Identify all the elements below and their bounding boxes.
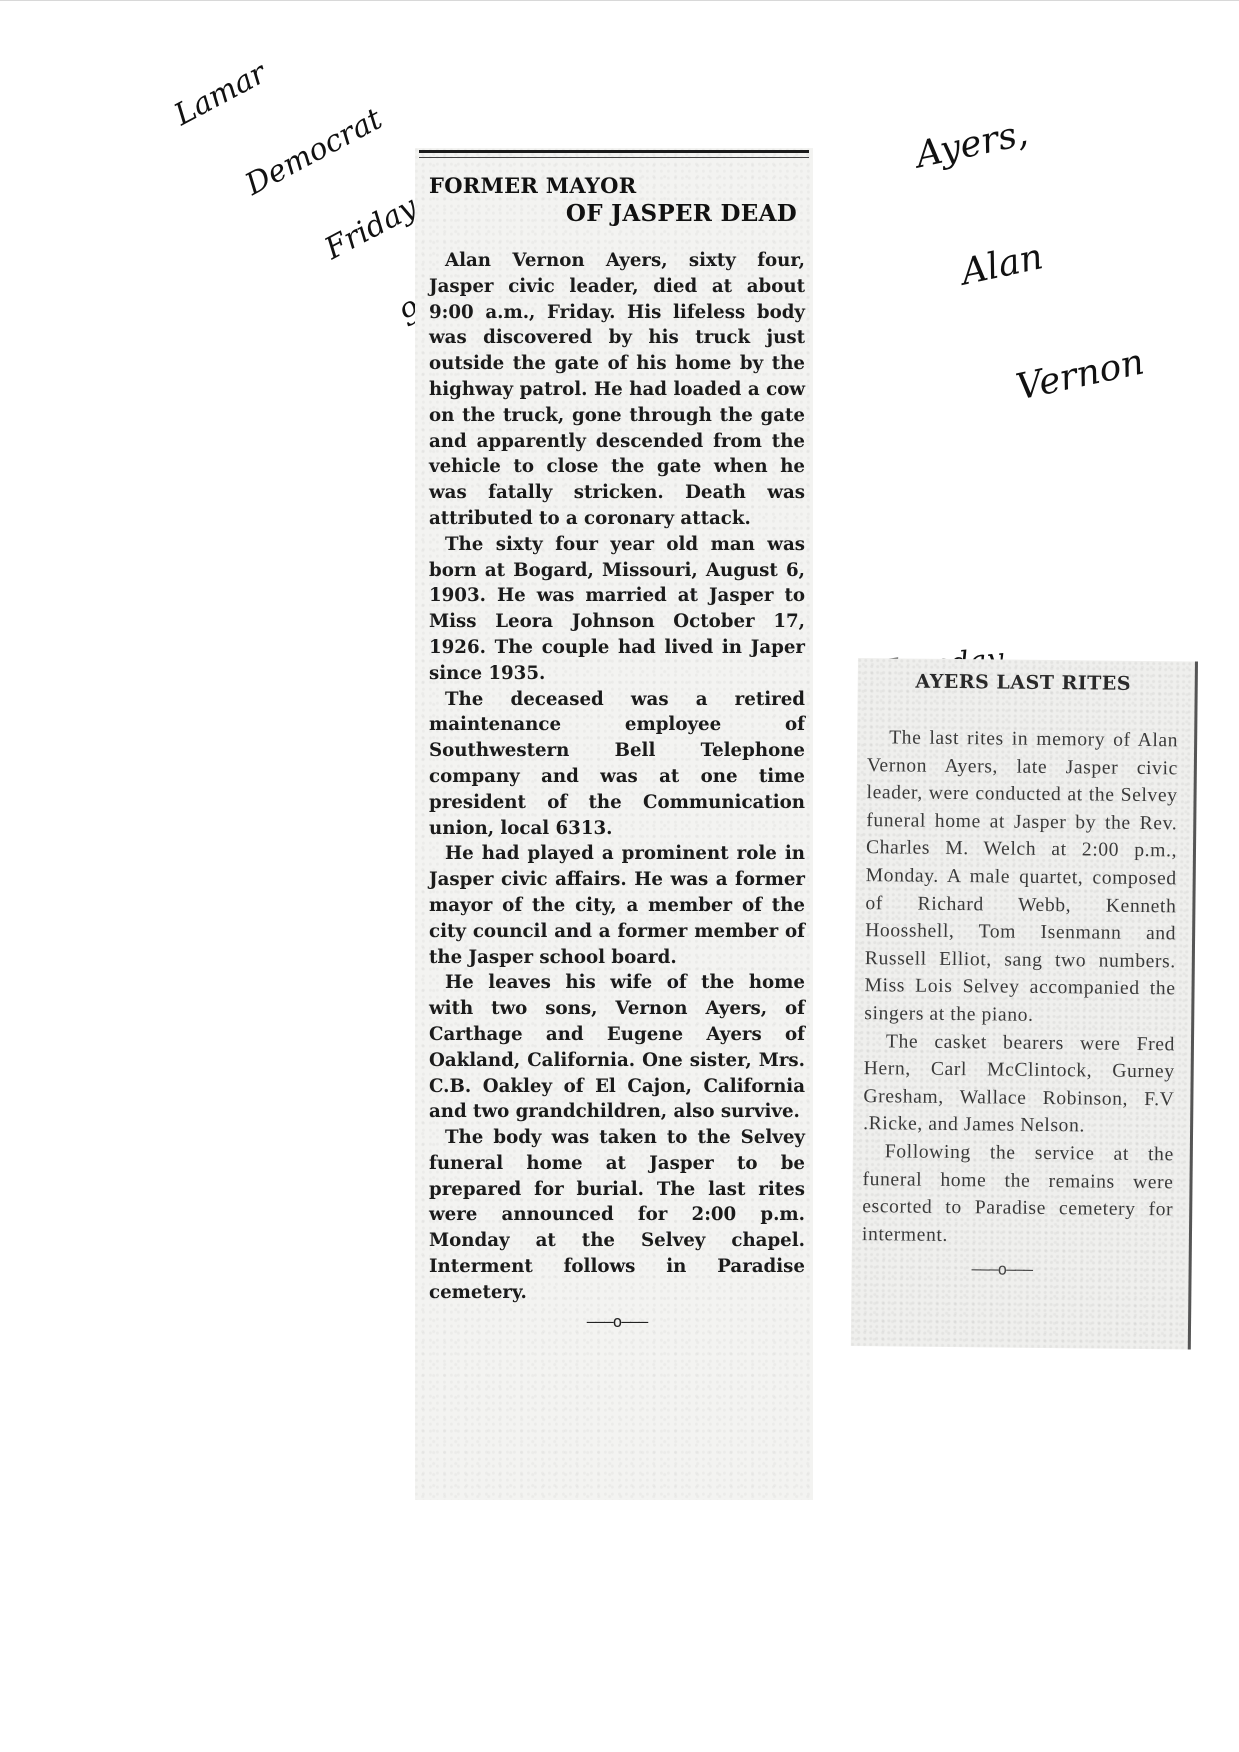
obituary-paragraph: He had played a prominent role in Jasper… xyxy=(429,841,805,970)
last-rites-body: The last rites in memory of Alan Vernon … xyxy=(862,724,1178,1252)
handwritten-line: Alan xyxy=(958,220,1122,294)
obituary-clipping: FORMER MAYOR OF JASPER DEAD Alan Vernon … xyxy=(415,148,813,1500)
last-rites-headline: AYERS LAST RITES xyxy=(868,668,1179,697)
handwritten-subject-name: Ayers, Alan Vernon xyxy=(895,18,1156,460)
obituary-paragraph: The sixty four year old man was born at … xyxy=(429,532,805,687)
headline-line-2: OF JASPER DEAD xyxy=(429,200,805,228)
last-rites-paragraph: Following the service at the funeral hom… xyxy=(862,1138,1174,1252)
end-mark: ———o——— xyxy=(862,1258,1173,1280)
last-rites-paragraph: The casket bearers were Fred Hern, Carl … xyxy=(863,1028,1175,1142)
scan-edge-line xyxy=(0,0,1239,1)
end-mark: ———o——— xyxy=(429,1312,805,1331)
handwritten-line: Ayers, xyxy=(912,99,1096,177)
obituary-headline: FORMER MAYOR OF JASPER DEAD xyxy=(429,172,805,228)
handwritten-line: Vernon xyxy=(1013,342,1148,409)
obituary-paragraph: The deceased was a retired maintenance e… xyxy=(429,687,805,842)
obituary-paragraph: He leaves his wife of the home with two … xyxy=(429,970,805,1125)
obituary-paragraph: The body was taken to the Selvey funeral… xyxy=(429,1125,805,1306)
obituary-body: Alan Vernon Ayers, sixty four, Jasper ci… xyxy=(429,248,805,1306)
handwritten-line: Democrat xyxy=(240,75,440,201)
last-rites-clipping: AYERS LAST RITES The last rites in memor… xyxy=(851,658,1198,1350)
obituary-paragraph: Alan Vernon Ayers, sixty four, Jasper ci… xyxy=(429,248,805,532)
last-rites-paragraph: The last rites in memory of Alan Vernon … xyxy=(864,724,1178,1031)
headline-line-1: FORMER MAYOR xyxy=(429,172,805,200)
headline-rule xyxy=(419,150,809,158)
